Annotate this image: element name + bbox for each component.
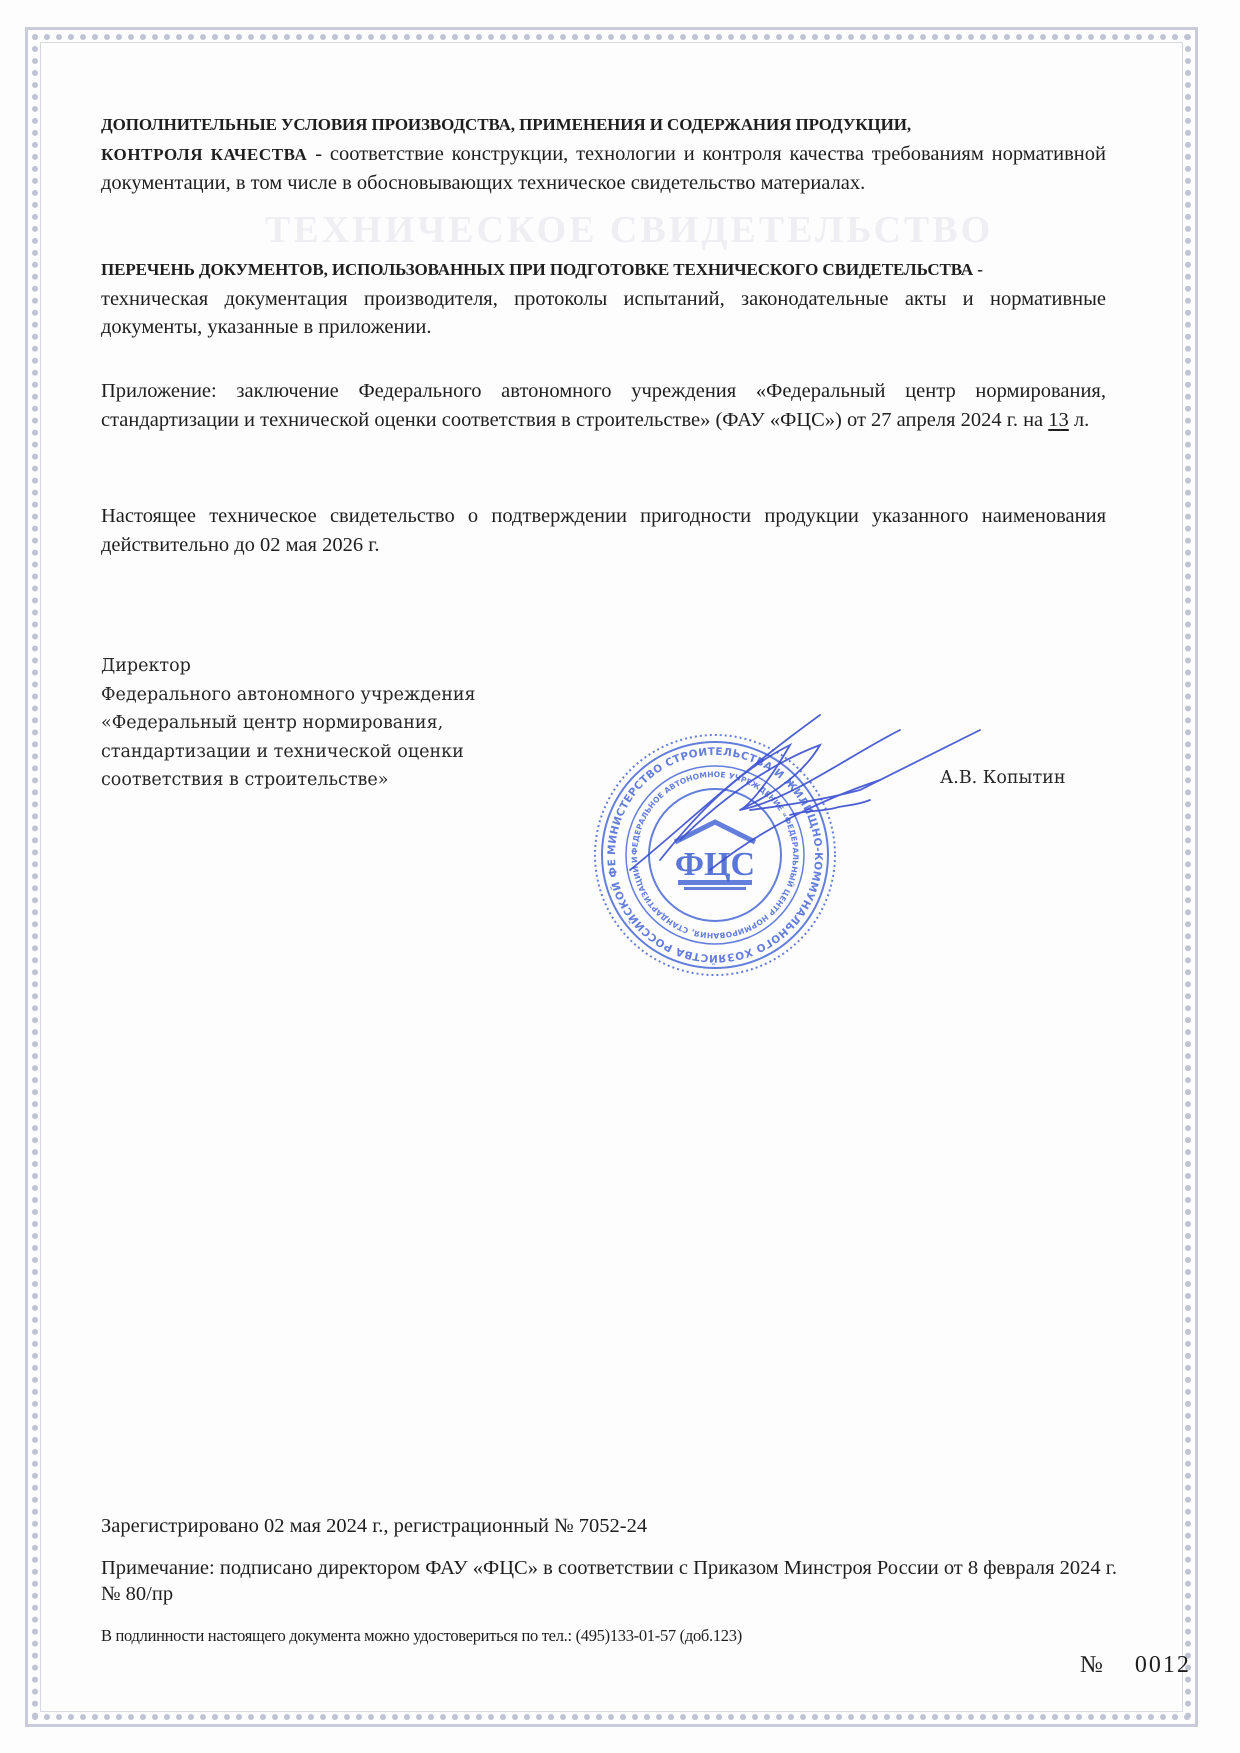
conditions-paragraph: ДОПОЛНИТЕЛЬНЫЕ УСЛОВИЯ ПРОИЗВОДСТВА, ПРИ… — [101, 110, 1106, 198]
documents-list-paragraph: ПЕРЕЧЕНЬ ДОКУМЕНТОВ, ИСПОЛЬЗОВАННЫХ ПРИ … — [101, 255, 1106, 342]
number-sign: № — [1080, 1652, 1105, 1678]
signing-note: Примечание: подписано директором ФАУ «ФЦ… — [101, 1555, 1121, 1607]
signatory-line: Директор — [101, 652, 531, 681]
signatory-line: Федерального автономного учреждения — [101, 681, 531, 710]
signatory-line: «Федеральный центр нормирования, — [101, 709, 531, 738]
signatory-line: стандартизации и технической оценки — [101, 738, 531, 767]
conditions-heading: ДОПОЛНИТЕЛЬНЫЕ УСЛОВИЯ ПРОИЗВОДСТВА, ПРИ… — [101, 115, 911, 134]
documents-list-body: техническая документация производителя, … — [101, 288, 1106, 339]
signatory-line: соответствия в строительстве» — [101, 766, 531, 795]
appendix-paragraph: Приложение: заключение Федерального авто… — [101, 377, 1106, 434]
conditions-heading-cont: КОНТРОЛЯ КАЧЕСТВА — [101, 145, 307, 164]
serial-value: 0012 — [1135, 1652, 1191, 1678]
documents-list-heading: ПЕРЕЧЕНЬ ДОКУМЕНТОВ, ИСПОЛЬЗОВАННЫХ ПРИ … — [101, 260, 983, 279]
serial-number: №0012 — [1080, 1652, 1191, 1679]
validity-paragraph: Настоящее техническое свидетельство о по… — [101, 502, 1106, 559]
handwritten-signature — [620, 690, 1000, 890]
appendix-text: Приложение: заключение Федерального авто… — [101, 380, 1106, 431]
appendix-text-end: л. — [1069, 409, 1089, 431]
verification-info: В подлинности настоящего документа можно… — [101, 1626, 742, 1646]
signatory-title: Директор Федерального автономного учрежд… — [101, 652, 531, 795]
appendix-sheet-count: 13 — [1048, 409, 1069, 431]
registration-line: Зарегистрировано 02 мая 2024 г., регистр… — [101, 1515, 647, 1538]
